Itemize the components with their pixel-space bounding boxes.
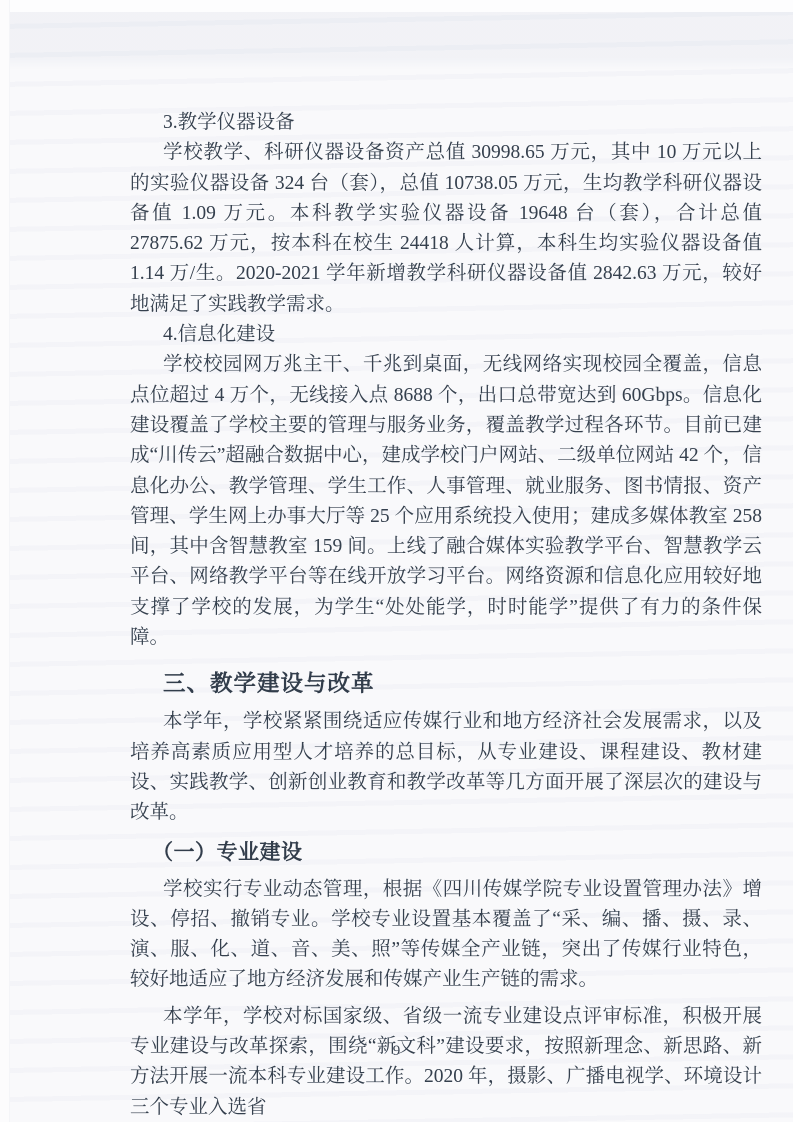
subheading-teaching-equipment: 3.教学仪器设备 [130, 108, 762, 138]
scan-edge-top [0, 0, 793, 12]
paragraph-teaching-equipment: 学校教学、科研仪器设备资产总值 30998.65 万元，其中 10 万元以上的实… [130, 138, 762, 320]
heading-major-construction: （一）专业建设 [130, 837, 762, 869]
paragraph-major-construction-2: 本学年，学校对标国家级、省级一流专业建设点评审标准，积极开展专业建设与改革探索，… [130, 1002, 762, 1122]
page-number: 9 [0, 1043, 793, 1060]
scan-edge-left [0, 0, 10, 1122]
scanned-document-page: 3.教学仪器设备 学校教学、科研仪器设备资产总值 30998.65 万元，其中 … [0, 0, 793, 1122]
heading-section-three: 三、教学建设与改革 [130, 667, 762, 701]
paragraph-section-three-intro: 本学年，学校紧紧围绕适应传媒行业和地方经济社会发展需求，以及培养高素质应用型人才… [130, 707, 762, 828]
document-body: 3.教学仪器设备 学校教学、科研仪器设备资产总值 30998.65 万元，其中 … [130, 108, 762, 1122]
paragraph-major-construction-1: 学校实行专业动态管理，根据《四川传媒学院专业设置管理办法》增设、停招、撤销专业。… [130, 875, 762, 996]
subheading-informatization: 4.信息化建设 [130, 320, 762, 350]
paragraph-informatization: 学校校园网万兆主干、千兆到桌面，无线网络实现校园全覆盖，信息点位超过 4 万个，… [130, 350, 762, 653]
